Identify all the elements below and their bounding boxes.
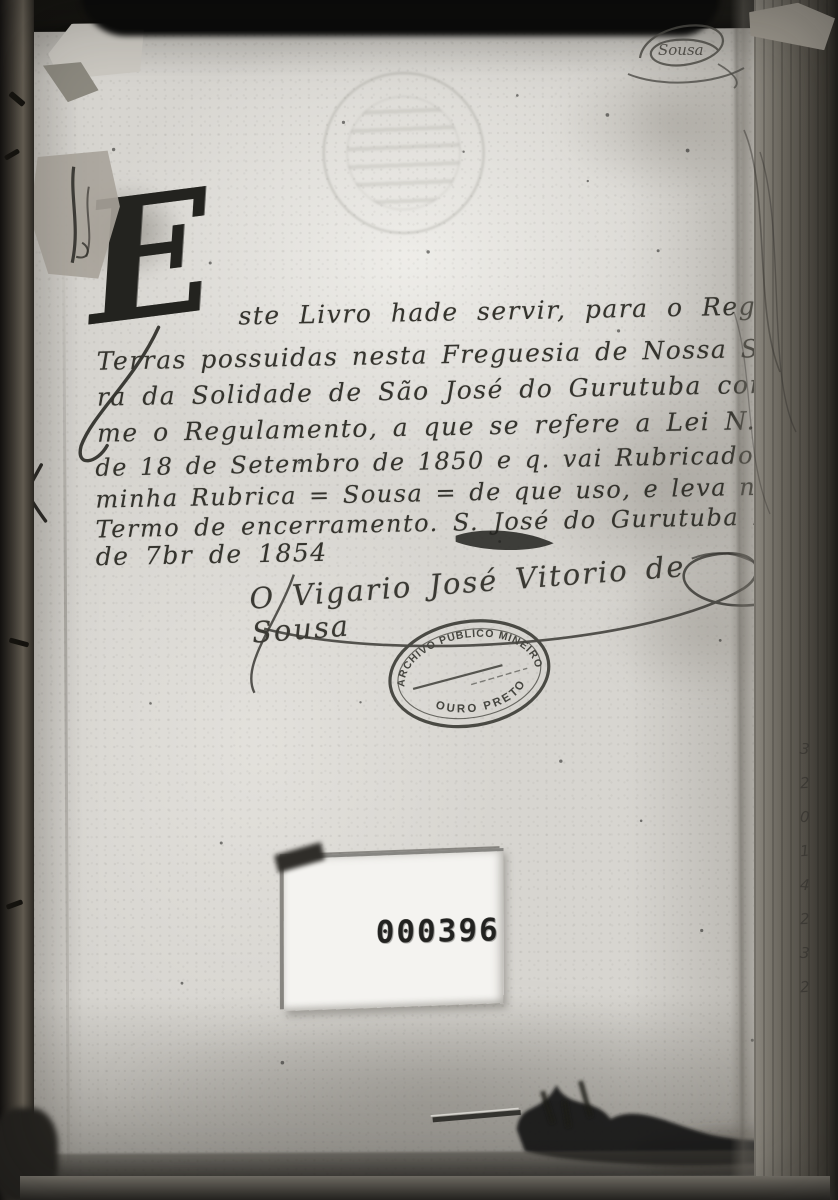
edge-number: 4	[799, 876, 810, 895]
manuscript-page: E ste Livro hade servir, para o Registro…	[25, 28, 797, 1180]
surface-below-page	[20, 1176, 830, 1200]
binding-stitch	[4, 148, 20, 160]
edge-number: 1	[799, 842, 810, 861]
edge-number: 3	[799, 740, 810, 759]
edge-number: 2	[800, 910, 810, 928]
corner-rubric-flourish: Sousa	[622, 8, 758, 96]
edge-number: 2	[799, 978, 810, 997]
edge-number: 2	[799, 774, 810, 793]
edge-number: 0	[800, 808, 810, 826]
book-spine-binding	[0, 0, 34, 1200]
binding-stitch	[6, 899, 24, 910]
dust-specks	[25, 28, 797, 1180]
edge-number: 3	[799, 944, 810, 963]
edge-hairline-scratches	[722, 110, 822, 540]
binding-stitch	[8, 91, 26, 107]
scanned-document-photo: E ste Livro hade servir, para o Registro…	[0, 0, 838, 1200]
corner-rubric-text: Sousa	[658, 41, 704, 59]
binding-stitch	[9, 637, 30, 647]
